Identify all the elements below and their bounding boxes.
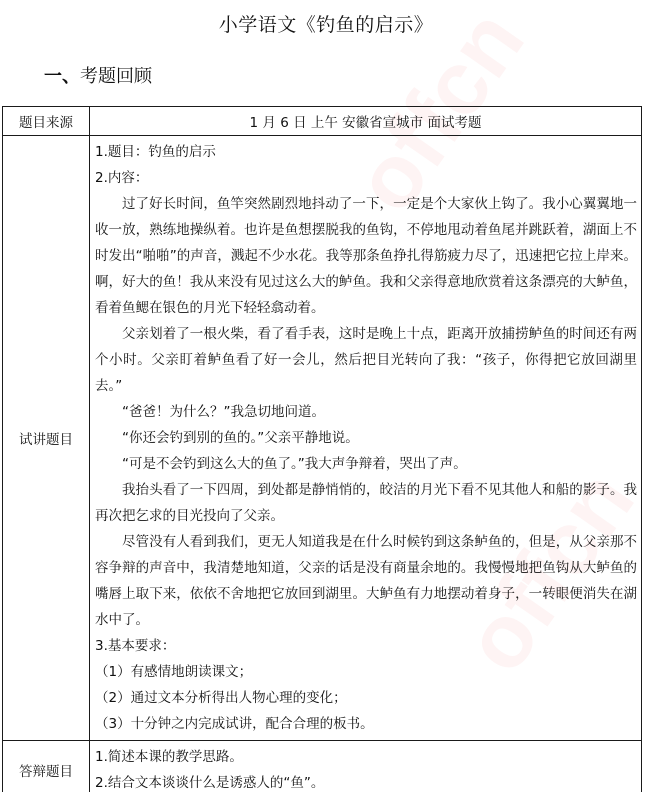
- defense-question: 1.简述本课的教学思路。: [95, 744, 637, 770]
- source-label: 题目来源: [3, 107, 90, 136]
- table-row-defense: 答辩题目 1.简述本课的教学思路。 2.结合文本谈谈什么是诱惑人的“鱼”。: [3, 741, 642, 792]
- defense-question: 2.结合文本谈谈什么是诱惑人的“鱼”。: [95, 770, 637, 792]
- exam-table: 题目来源 1 月 6 日 上午 安徽省宣城市 面试考题 试讲题目 1.题目：钓鱼…: [2, 106, 642, 792]
- requirements-heading: 3.基本要求：: [95, 633, 637, 659]
- section-heading-text: 考题回顾: [80, 66, 152, 87]
- defense-content: 1.简述本课的教学思路。 2.结合文本谈谈什么是诱惑人的“鱼”。: [90, 741, 642, 792]
- table-row-source: 题目来源 1 月 6 日 上午 安徽省宣城市 面试考题: [3, 107, 642, 136]
- table-row-trial: 试讲题目 1.题目：钓鱼的启示 2.内容： 过了好长时间，鱼竿突然剧烈地抖动了一…: [3, 136, 642, 741]
- passage-paragraph: “你还会钓到别的鱼的。”父亲平静地说。: [95, 425, 637, 451]
- source-value: 1 月 6 日 上午 安徽省宣城市 面试考题: [90, 107, 642, 136]
- defense-label: 答辩题目: [3, 741, 90, 792]
- passage-paragraph: 我抬头看了一下四周，到处都是静悄悄的，皎洁的月光下看不见其他人和船的影子。我再次…: [95, 477, 637, 529]
- passage-paragraph: 尽管没有人看到我们，更无人知道我是在什么时候钓到这条鲈鱼的，但是，从父亲那不容争…: [95, 529, 637, 633]
- requirement-item: （1）有感情地朗读课文；: [95, 659, 637, 685]
- passage-paragraph: 父亲划着了一根火柴，看了看手表，这时是晚上十点，距离开放捕捞鲈鱼的时间还有两个小…: [95, 321, 637, 399]
- topic-line: 1.题目：钓鱼的启示: [95, 139, 637, 165]
- trial-label: 试讲题目: [3, 136, 90, 741]
- requirement-item: （2）通过文本分析得出人物心理的变化；: [95, 685, 637, 711]
- section-number: 一、: [44, 66, 80, 87]
- passage-paragraph: 过了好长时间，鱼竿突然剧烈地抖动了一下，一定是个大家伙上钩了。我小心翼翼地一收一…: [95, 191, 637, 321]
- passage-paragraph: “爸爸！为什么？”我急切地问道。: [95, 399, 637, 425]
- passage-paragraph: “可是不会钓到这么大的鱼了。”我大声争辩着，哭出了声。: [95, 451, 637, 477]
- trial-content: 1.题目：钓鱼的启示 2.内容： 过了好长时间，鱼竿突然剧烈地抖动了一下，一定是…: [90, 136, 642, 741]
- content-heading: 2.内容：: [95, 165, 637, 191]
- section-heading: 一、考题回顾: [44, 62, 152, 88]
- requirement-item: （3）十分钟之内完成试讲，配合合理的板书。: [95, 711, 637, 737]
- document-title: 小学语文《钓鱼的启示》: [0, 10, 652, 37]
